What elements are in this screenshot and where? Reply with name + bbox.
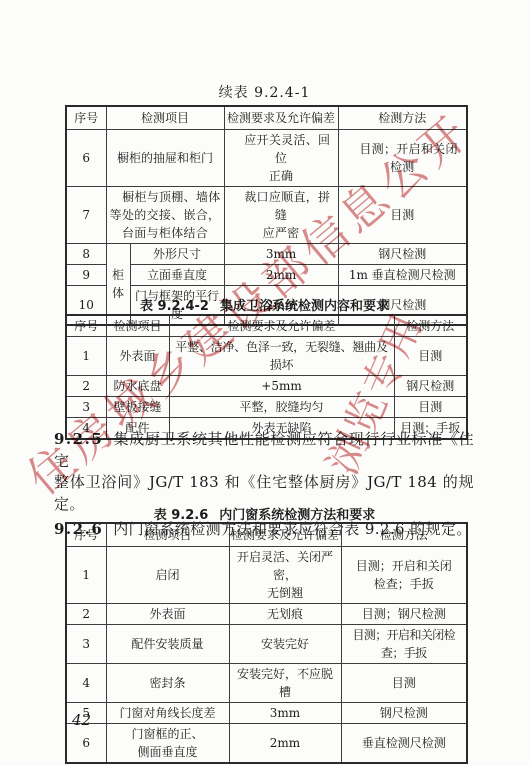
table-cell: 外表面 [106,603,229,624]
table-cell: 3mm [229,702,341,723]
table-cell: 目测 [341,663,467,702]
table-cell: 目测；开启和关闭 检查；手扳 [341,546,467,603]
table-cell: 橱柜的抽屉和柜门 [106,129,224,186]
header-cell-item: 检测项目 [106,106,224,129]
table-cell: 2 [66,375,106,396]
header-cell-method: 检测方法 [338,106,467,129]
header-cell-no: 序号 [66,315,106,336]
table-cell: 壁板接缝 [106,396,169,417]
table-row: 2 防水底盘 +5mm 钢尺检测 [66,375,467,396]
header-cell-req: 检测要求及允许偏差 [224,106,338,129]
header-cell-method: 检测方法 [394,315,467,336]
table-row: 8 柜体 外形尺寸 3mm 钢尺检测 [66,243,467,264]
header-cell-no: 序号 [66,106,106,129]
table-header-row: 序号 检测项目 检测要求及允许偏差 检测方法 [66,315,467,336]
table-cell: 开启灵活、关闭严密， 无倒翘 [229,546,341,603]
table-cell: 外表面 [106,336,169,375]
table-cell: 2mm [229,723,341,763]
table-cell: 门窗对角线长度差 [106,702,229,723]
table-cell: 无划痕 [229,603,341,624]
table-cell: 1 [66,336,106,375]
table-cell: 1 [66,546,106,603]
header-cell-method: 检测方法 [341,523,467,546]
table-cell: 钢尺检测 [338,243,467,264]
table-row: 3 配件安装质量 安装完好 目测；开启和关闭检查；手扳 [66,624,467,663]
table-windows: 序号 检测项目 检测要求及允许偏差 检测方法 1 启闭 开启灵活、关闭严密， 无… [65,522,468,764]
table-header-row: 序号 检测项目 检测要求及允许偏差 检测方法 [66,523,467,546]
table-cell: 裁口应顺直，拼缝 应严密 [224,186,338,243]
table-cell: 3mm [224,243,338,264]
table-cell: 4 [66,663,106,702]
table-cell: 配件安装质量 [106,624,229,663]
table-row: 6 橱柜的抽屉和柜门 应开关灵活、回位 正确 目测；开启和关闭 检测 [66,129,467,186]
header-cell-item: 检测项目 [106,315,169,336]
table-cell: 安装完好 [229,624,341,663]
clause-9-2-5: 9.2.5集成厨卫系统其他性能检测应符合现行行业标准《住宅 整体卫浴间》JG/T… [54,429,474,515]
table-cell: 9 [66,264,106,285]
table-cell: 平整，胶缝均匀 [169,396,394,417]
table-cell: 垂直检测尺检测 [341,723,467,763]
table-cell: 立面垂直度 [130,264,224,285]
table-cell: 钢尺检测 [394,375,467,396]
table-cell: 目测；开启和关闭 检测 [338,129,467,186]
clause-number: 9.2.5 [54,430,103,448]
table-cell: 密封条 [106,663,229,702]
table-cell: 外形尺寸 [130,243,224,264]
table-cell: 门窗框的正、 侧面垂直度 [106,723,229,763]
table-cell: 应开关灵活、回位 正确 [224,129,338,186]
table-row: 2 外表面 无划痕 目测；钢尺检测 [66,603,467,624]
table-cell: 1m 垂直检测尺检测 [338,264,467,285]
table-cell: 2 [66,603,106,624]
table-cell: 目测 [394,336,467,375]
table-cell: 3 [66,624,106,663]
table-row: 1 外表面 平整、洁净、色泽一致，无裂缝、翘曲及损坏 目测 [66,336,467,375]
table-cell: 钢尺检测 [341,702,467,723]
page-number: 42 [72,711,91,729]
table-cell: 安装完好，不应脱槽 [229,663,341,702]
table-cell: 目测 [394,396,467,417]
table-cell: 3 [66,396,106,417]
table-continuation-title: 续表 9.2.4-1 [0,82,529,102]
table-cell: 6 [66,129,106,186]
table-cell: 橱柜与顶棚、墙体 等处的交接、嵌合， 台面与柜体结合 [106,186,224,243]
table-cell: 目测；钢尺检测 [341,603,467,624]
table-bathroom: 序号 检测项目 检测要求及允许偏差 检测方法 1 外表面 平整、洁净、色泽一致，… [65,314,468,440]
table-cell: 8 [66,243,106,264]
table-header-row: 序号 检测项目 检测要求及允许偏差 检测方法 [66,106,467,129]
table-continuation: 序号 检测项目 检测要求及允许偏差 检测方法 6 橱柜的抽屉和柜门 应开关灵活、… [65,105,468,326]
table-row: 3 壁板接缝 平整，胶缝均匀 目测 [66,396,467,417]
table-cell: +5mm [169,375,394,396]
table-cell: 目测 [338,186,467,243]
table-group-cell: 柜体 [106,243,130,325]
header-cell-no: 序号 [66,523,106,546]
table-cell: 目测；开启和关闭检查；手扳 [341,624,467,663]
table-cell: 启闭 [106,546,229,603]
table-cell: 7 [66,186,106,243]
table-cell: 平整、洁净、色泽一致，无裂缝、翘曲及损坏 [169,336,394,375]
table-row: 4 密封条 安装完好，不应脱槽 目测 [66,663,467,702]
header-cell-req: 检测要求及允许偏差 [229,523,341,546]
clause-text: 集成厨卫系统其他性能检测应符合现行行业标准《住宅 整体卫浴间》JG/T 183 … [54,430,474,513]
table-row: 1 启闭 开启灵活、关闭严密， 无倒翘 目测；开启和关闭 检查；手扳 [66,546,467,603]
header-cell-req: 检测要求及允许偏差 [169,315,394,336]
table-row: 6 门窗框的正、 侧面垂直度 2mm 垂直检测尺检测 [66,723,467,763]
table-row: 7 橱柜与顶棚、墙体 等处的交接、嵌合， 台面与柜体结合 裁口应顺直，拼缝 应严… [66,186,467,243]
table-row: 5 门窗对角线长度差 3mm 钢尺检测 [66,702,467,723]
header-cell-item: 检测项目 [106,523,229,546]
table-cell: 防水底盘 [106,375,169,396]
table-cell: 2mm [224,264,338,285]
